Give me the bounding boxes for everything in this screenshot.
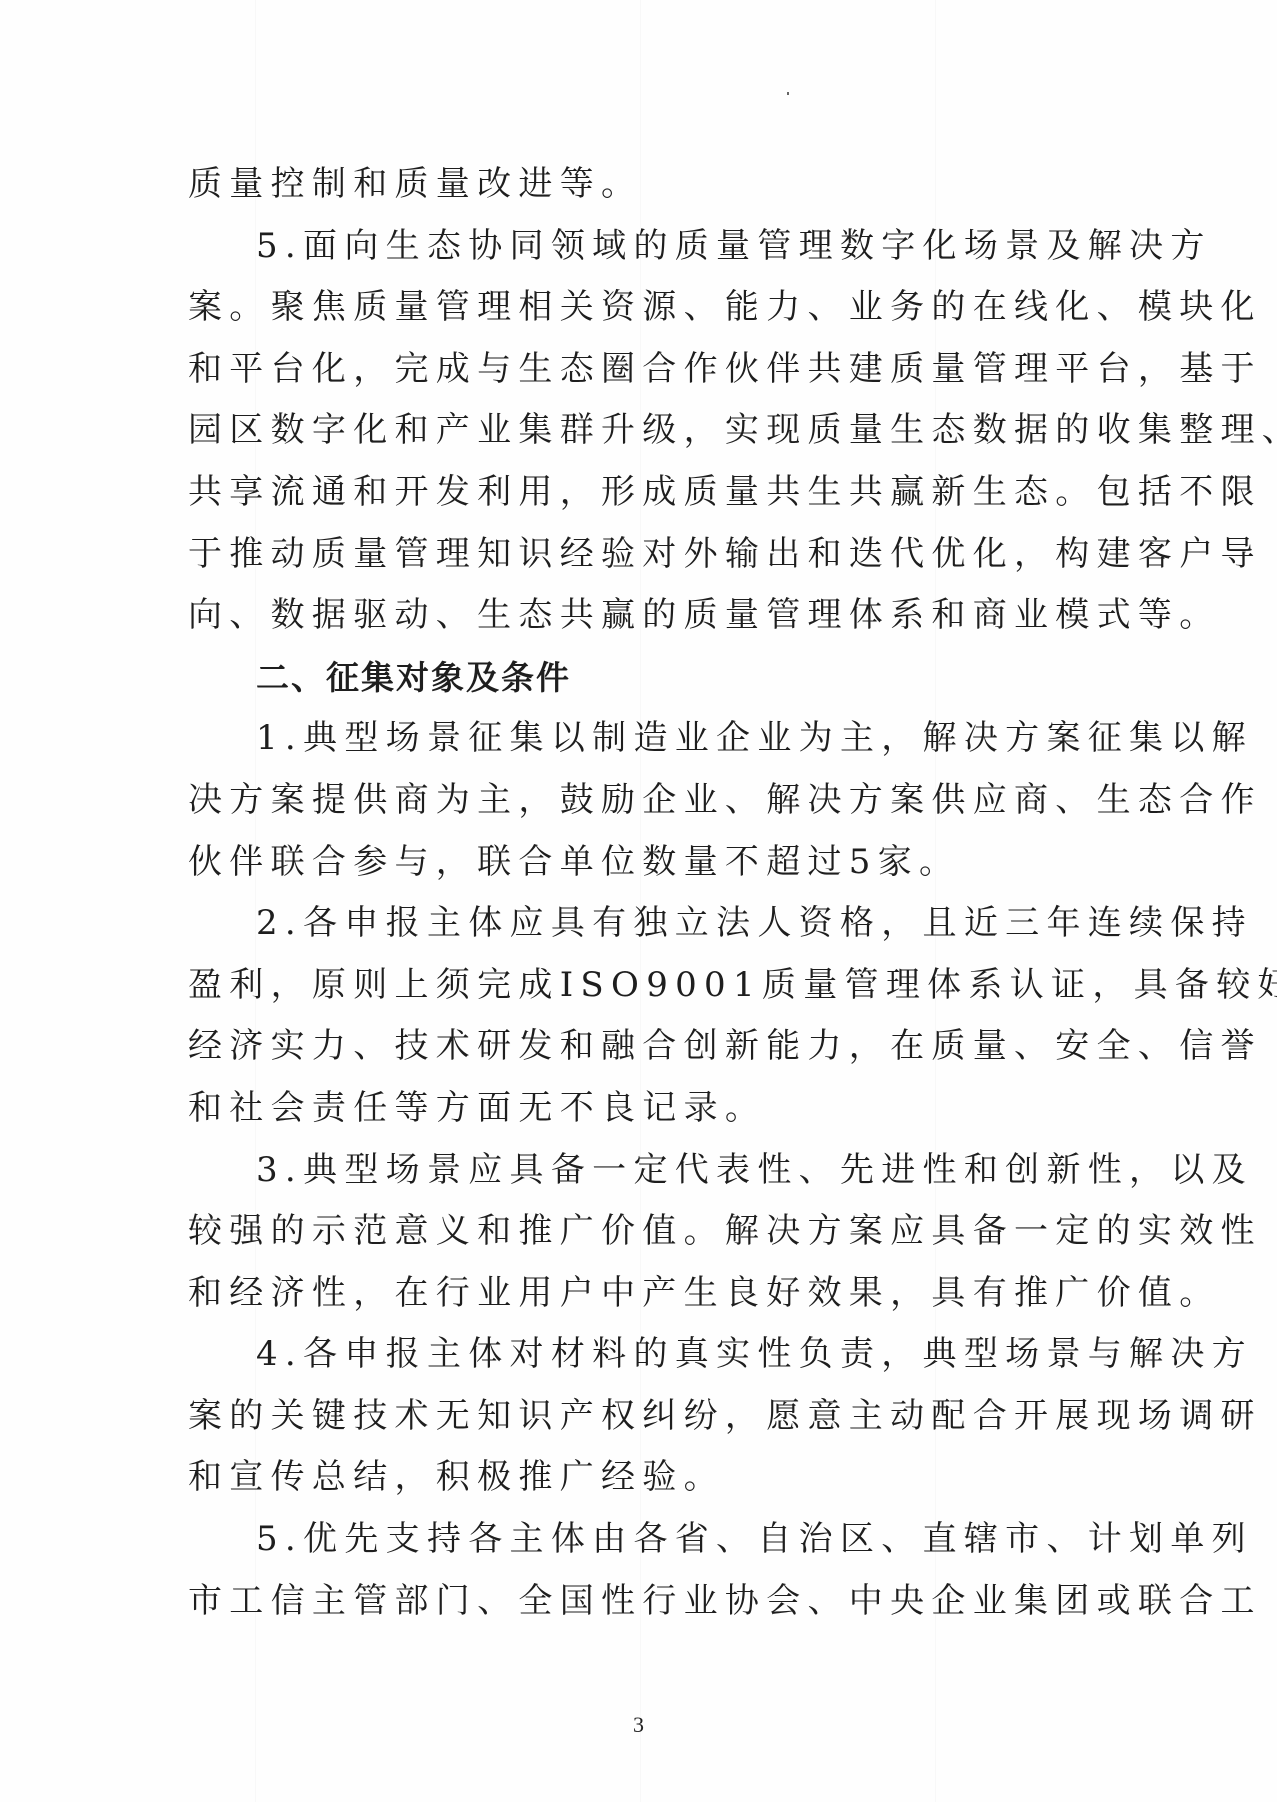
text-line: 较强的示范意义和推广价值。解决方案应具备一定的实效性 [188,1201,1108,1263]
text-line: 决方案提供商为主，鼓励企业、解决方案供应商、生态合作 [188,770,1108,832]
text-line: 共享流通和开发利用，形成质量共生共赢新生态。包括不限 [188,462,1108,524]
text-line: 经济实力、技术研发和融合创新能力，在质量、安全、信誉 [188,1016,1108,1078]
text-line: 园区数字化和产业集群升级，实现质量生态数据的收集整理、 [188,400,1108,462]
condition-item-1: 1.典型场景征集以制造业企业为主，解决方案征集以解 [188,708,1108,770]
text-line: 于推动质量管理知识经验对外输出和迭代优化，构建客户导 [188,524,1108,586]
condition-item-2: 2.各申报主体应具有独立法人资格，且近三年连续保持 [188,893,1108,955]
text-line: 伙伴联合参与，联合单位数量不超过5家。 [188,832,1108,894]
text-line: 和平台化，完成与生态圈合作伙伴共建质量管理平台，基于 [188,339,1108,401]
page-number: 3 [0,1712,1277,1738]
scan-artifact-dot [787,92,789,95]
text-line: 和宣传总结，积极推广经验。 [188,1447,1108,1509]
condition-item-3: 3.典型场景应具备一定代表性、先进性和创新性，以及 [188,1140,1108,1202]
section-heading: 二、征集对象及条件 [188,647,1108,709]
condition-item-4: 4.各申报主体对材料的真实性负责，典型场景与解决方 [188,1324,1108,1386]
text-line: 向、数据驱动、生态共赢的质量管理体系和商业模式等。 [188,585,1108,647]
document-page: 质量控制和质量改进等。 5.面向生态协同领域的质量管理数字化场景及解决方 案。聚… [0,0,1277,1802]
text-line: 和经济性，在行业用户中产生良好效果，具有推广价值。 [188,1263,1108,1325]
text-line: 案的关键技术无知识产权纠纷，愿意主动配合开展现场调研 [188,1386,1108,1448]
text-line: 质量控制和质量改进等。 [188,154,1108,216]
condition-item-5: 5.优先支持各主体由各省、自治区、直辖市、计划单列 [188,1509,1108,1571]
text-line: 和社会责任等方面无不良记录。 [188,1078,1108,1140]
text-line: 盈利，原则上须完成ISO9001质量管理体系认证，具备较好 [188,955,1108,1017]
document-body: 质量控制和质量改进等。 5.面向生态协同领域的质量管理数字化场景及解决方 案。聚… [188,154,1108,1632]
text-line: 市工信主管部门、全国性行业协会、中央企业集团或联合工 [188,1571,1108,1633]
list-item-5-scenario: 5.面向生态协同领域的质量管理数字化场景及解决方 [188,216,1108,278]
text-line: 案。聚焦质量管理相关资源、能力、业务的在线化、模块化 [188,277,1108,339]
